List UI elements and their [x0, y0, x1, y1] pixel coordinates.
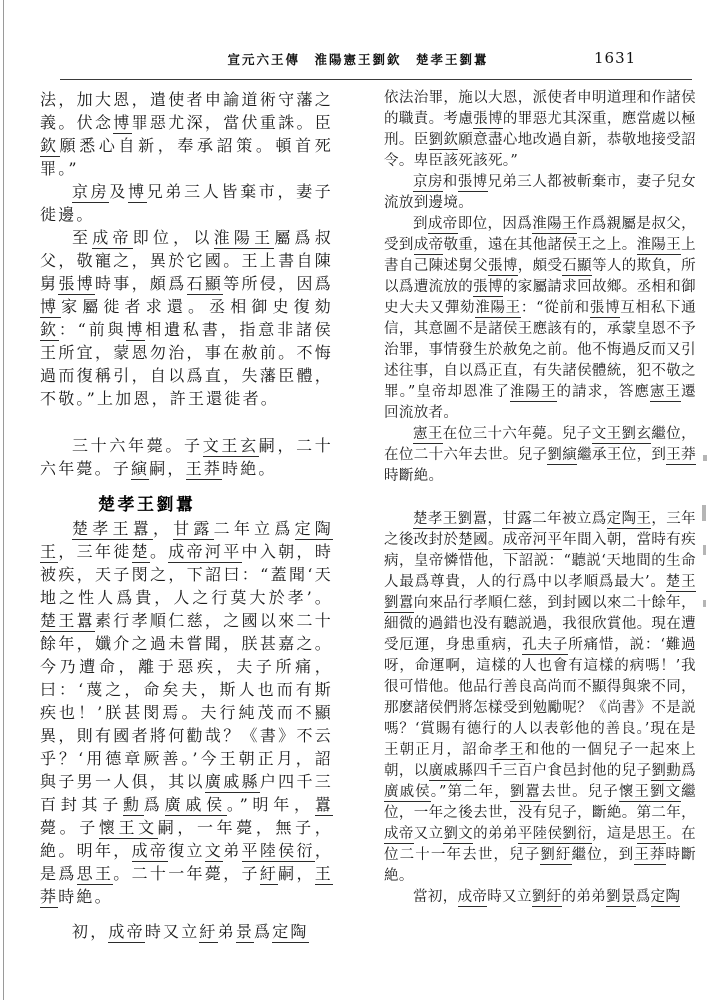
proper-noun-mark: 張博 — [473, 111, 503, 129]
proper-noun-mark: 楚王 — [40, 611, 77, 632]
text-run: ，這是 — [592, 826, 637, 842]
text-run: 時絶。 — [222, 459, 277, 478]
proper-noun-mark: 欽 — [40, 136, 60, 157]
proper-noun-mark: 思王 — [637, 826, 667, 844]
proper-noun-mark: 劉欽 — [429, 132, 459, 150]
text-run: 時絶。 — [58, 887, 113, 906]
paragraph: 到成帝即位，因爲淮陽王作爲親屬是叔父，受到成帝敬重，遠在其他諸侯王之上。淮陽王上… — [384, 214, 696, 424]
proper-noun-mark: 劉紆 — [532, 889, 562, 907]
text-run: 時又立 — [145, 922, 200, 941]
proper-noun-mark: 紆 — [260, 864, 278, 885]
text-run: 初， — [72, 922, 108, 941]
text-run: 復立 — [168, 841, 205, 860]
proper-noun-mark: 京房 — [413, 174, 443, 192]
scan-artifact — [703, 600, 706, 607]
proper-noun-mark: 王莽 — [186, 459, 222, 480]
paragraph: 三十六年薨。子文王玄嗣，二十六年薨。子縯嗣，王莽時絶。 — [40, 434, 333, 480]
proper-noun-mark: 廣戚侯 — [165, 795, 227, 816]
text-run: 和 — [443, 174, 458, 190]
proper-noun-mark: 石顯 — [562, 258, 592, 276]
text-run: 時事，頗爲 — [95, 274, 187, 293]
proper-noun-mark: 劉景 — [606, 889, 636, 907]
text-run: 爲 — [144, 795, 165, 814]
text-run: 弟 — [218, 922, 236, 941]
proper-noun-mark: 定陶 — [651, 889, 681, 907]
paragraph: 楚孝王囂，甘露二年立爲定陶王，三年徙楚。成帝河平中入朝，時被疾，天子閔之，下詔曰… — [40, 517, 333, 908]
text-run: 敬重，遠在其他諸侯王之上。 — [443, 237, 636, 253]
proper-noun-mark: 景 — [236, 922, 254, 943]
text-run: 的請求，答應 — [557, 384, 650, 400]
text-run: 薨。子 — [40, 818, 99, 837]
text-run: 的弟弟 — [473, 826, 518, 842]
proper-noun-mark: 文 — [205, 841, 223, 862]
page-header: 宣元六王傳 淮陽憲王劉欽 楚孝王劉囂 1631 — [0, 50, 716, 72]
paragraph: 京房及博兄弟三人皆棄市，妻子徙邊。 — [40, 180, 333, 226]
paragraph: 憲王在位三十六年薨。兒子文王劉玄繼位，在位二十六年去世。兒子劉縯繼承王位，到王莽… — [384, 424, 696, 487]
proper-noun-mark: 淮陽王 — [214, 228, 275, 249]
paragraph: 楚孝王劉囂，甘露二年被立爲定陶王，三年之後改封於楚國。成帝河平年間入朝，當時有疾… — [384, 509, 696, 887]
paragraph: 京房和張博兄弟三人都被斬棄市，妻子兒女流放到邊境。 — [384, 172, 696, 214]
text-run: 嗣， — [278, 864, 315, 883]
scan-artifact — [703, 545, 706, 555]
text-run: 時又立 — [487, 889, 532, 905]
text-run: ：“前與 — [59, 320, 127, 339]
proper-noun-mark: 甘露 — [173, 519, 213, 540]
proper-noun-mark: 勳 — [123, 795, 144, 816]
proper-noun-mark: 思王 — [77, 864, 114, 885]
text-run: 弟 — [223, 841, 241, 860]
text-run: 楚孝王劉囂 — [98, 495, 196, 515]
proper-noun-mark: 紆 — [199, 922, 217, 943]
text-run: 。二十一年薨，子 — [113, 864, 260, 883]
text-run: 等所侵，因爲 — [223, 274, 333, 293]
proper-noun-mark: 楚國 — [458, 532, 488, 550]
proper-noun-mark: 博 — [128, 182, 147, 203]
proper-noun-mark: 王莽 — [634, 847, 665, 865]
text-run: 去世。兒子 — [541, 784, 619, 800]
proper-noun-mark: 廣戚縣 — [205, 772, 260, 793]
text-run: 三十六年薨。子 — [72, 436, 203, 455]
proper-noun-mark: 成帝 — [92, 228, 132, 249]
proper-noun-mark: 成帝 — [108, 922, 144, 943]
proper-noun-mark: 張博 — [488, 258, 518, 276]
paragraph: 法，加大恩，遣使者申諭道術守藩之義。伏念博罪惡尤深，當伏重誅。臣欽願悉心自新，奉… — [40, 88, 333, 180]
proper-noun-mark: 孝王 — [493, 742, 524, 760]
proper-noun-mark: 淮陽王 — [532, 216, 577, 234]
text-run: 繼承王位，到 — [577, 447, 666, 463]
text-run: 繼位，到 — [572, 847, 635, 863]
paragraph: 至成帝即位，以淮陽王屬爲叔父，敬寵之，異於它國。王上書自陳舅張博時事，頗爲石顯等… — [40, 226, 333, 410]
proper-noun-mark: 張博 — [458, 174, 488, 192]
proper-noun-mark: 成帝 — [458, 889, 488, 907]
proper-noun-mark: 淮陽王 — [475, 300, 521, 318]
proper-noun-mark: 成帝 — [503, 532, 533, 550]
text-run: 的弟弟 — [562, 889, 607, 905]
proper-noun-mark: 張博 — [58, 274, 95, 295]
proper-noun-mark: 淮陽王 — [637, 237, 682, 255]
text-run: 二年被立爲 — [532, 511, 606, 527]
proper-noun-mark: 懷王劉文 — [619, 784, 681, 802]
proper-noun-mark: 博 — [40, 297, 61, 318]
header-rule — [60, 79, 692, 80]
proper-noun-mark: 劉紆 — [540, 847, 571, 865]
proper-noun-mark: 劉文 — [443, 826, 473, 844]
proper-noun-mark: 定陶 — [272, 922, 308, 943]
proper-noun-mark: 張博 — [473, 279, 503, 297]
paragraph: 初，成帝時又立紆弟景爲定陶 — [40, 920, 333, 943]
text-run: 嗣， — [149, 459, 185, 478]
scan-artifact — [702, 505, 706, 521]
text-run: 即位，以 — [133, 228, 214, 247]
proper-noun-mark: 文王劉玄 — [592, 426, 652, 444]
proper-noun-mark: 楚 — [132, 542, 150, 563]
text-run: ， — [153, 519, 173, 538]
proper-noun-mark: 囂 — [133, 519, 153, 540]
text-run: 二年立爲 — [214, 519, 295, 538]
proper-noun-mark: 石顯 — [187, 274, 224, 295]
text-run: 。”明年， — [227, 795, 315, 814]
scan-artifact — [703, 455, 707, 461]
proper-noun-mark: 廣戚縣 — [429, 763, 474, 781]
proper-noun-mark: 博 — [126, 320, 145, 341]
proper-noun-mark: 淮陽王 — [510, 384, 557, 402]
proper-noun-mark: 囂 — [315, 795, 333, 816]
proper-noun-mark: 博 — [113, 113, 131, 134]
proper-noun-mark: 河平 — [205, 542, 242, 563]
text-run: 素行孝順仁慈，之國以來二十餘年，孅介之過未嘗聞，朕甚嘉之。今乃遭命，離于惡疾，夫… — [40, 611, 333, 791]
proper-noun-mark: 孔夫子 — [522, 637, 568, 655]
proper-noun-mark: 甘露 — [502, 511, 532, 529]
text-run: ，頗受 — [518, 258, 563, 274]
proper-noun-mark: 京房 — [72, 182, 109, 203]
page-number: 1631 — [594, 49, 636, 67]
text-run: 及 — [109, 182, 128, 201]
proper-noun-mark: 定陶王 — [607, 511, 652, 529]
paragraph: 當初，成帝時又立劉紆的弟弟劉景爲定陶 — [384, 887, 696, 908]
page-edge-line — [3, 0, 4, 1000]
right-column-translation-text: 依法治罪，施以大恩，派使者申明道理和作諸侯的職責。考慮張博的罪惡尤其深重，應當處… — [384, 88, 696, 908]
proper-noun-mark: 欽 — [40, 320, 59, 341]
proper-noun-mark: 楚孝王劉囂 — [413, 511, 487, 529]
proper-noun-mark: 文王玄 — [203, 436, 259, 457]
text-run: ， — [487, 511, 502, 527]
proper-noun-mark: 劉縯 — [547, 447, 577, 465]
proper-noun-mark: 成帝 — [414, 237, 444, 255]
text-run: 時斷絶。 — [384, 468, 443, 484]
text-run: 所痛惜，説：‘難過呀，命運啊，這樣的人也會有這樣的病嗎！’我很可惜他。他品行善良… — [384, 637, 696, 758]
text-run: 即位，因爲 — [458, 216, 532, 232]
proper-noun-mark: 劉囂 — [510, 784, 541, 802]
text-run: 。 — [150, 542, 168, 561]
text-run: 爲 — [254, 922, 272, 941]
proper-noun-mark: 縯 — [131, 459, 149, 480]
proper-noun-mark: 懷王文 — [99, 818, 158, 839]
section-heading: 楚孝王劉囂 — [40, 494, 333, 517]
proper-noun-mark: 成帝 — [428, 216, 458, 234]
proper-noun-mark: 張博 — [590, 300, 620, 318]
proper-noun-mark: 王莽 — [666, 447, 696, 465]
proper-noun-mark: 劉勳 — [651, 763, 681, 781]
text-run: 當初， — [413, 889, 458, 905]
text-run: 至 — [72, 228, 92, 247]
proper-noun-mark: 成帝 — [168, 542, 205, 563]
text-run: 家屬徙者求還。丞相御史復劾 — [61, 297, 333, 316]
proper-noun-mark: 憲王 — [650, 384, 681, 402]
text-run: 。”第二年， — [431, 784, 510, 800]
proper-noun-mark: 成帝 — [132, 841, 169, 862]
proper-noun-mark: 廣戚侯 — [384, 784, 431, 802]
proper-noun-mark: 成帝 — [384, 826, 414, 844]
proper-noun-mark: 楚孝王 — [72, 519, 133, 540]
proper-noun-mark: 憲王 — [413, 426, 443, 444]
proper-noun-mark: 河平 — [533, 532, 563, 550]
text-run: 到 — [413, 216, 428, 232]
text-run: ：“從前和 — [521, 300, 590, 316]
text-run: 四千三百户食邑封他的兒子 — [473, 763, 651, 779]
left-column-classical-text: 法，加大恩，遣使者申諭道術守藩之義。伏念博罪惡尤深，當伏重誅。臣欽願悉心自新，奉… — [40, 88, 333, 943]
text-run: 爲 — [636, 889, 651, 905]
text-run: 又立 — [414, 826, 444, 842]
text-run: 。 — [488, 532, 503, 548]
proper-noun-mark: 平陸侯劉衍 — [518, 826, 592, 844]
paragraph: 依法治罪，施以大恩，派使者申明道理和作諸侯的職責。考慮張博的罪惡尤其深重，應當處… — [384, 88, 696, 172]
proper-noun-mark: 平陸侯衍 — [242, 841, 315, 862]
text-run: 在位三十六年薨。兒子 — [443, 426, 592, 442]
text-run: 爲 — [681, 763, 696, 779]
text-run: ，三年徙 — [58, 542, 131, 561]
text-run: 罪惡尤深，當伏重誅。臣 — [132, 113, 333, 132]
proper-noun-mark: 囂 — [77, 611, 95, 632]
text-run: 願悉心自新，奉承詔策。頓首死罪。” — [40, 136, 333, 178]
